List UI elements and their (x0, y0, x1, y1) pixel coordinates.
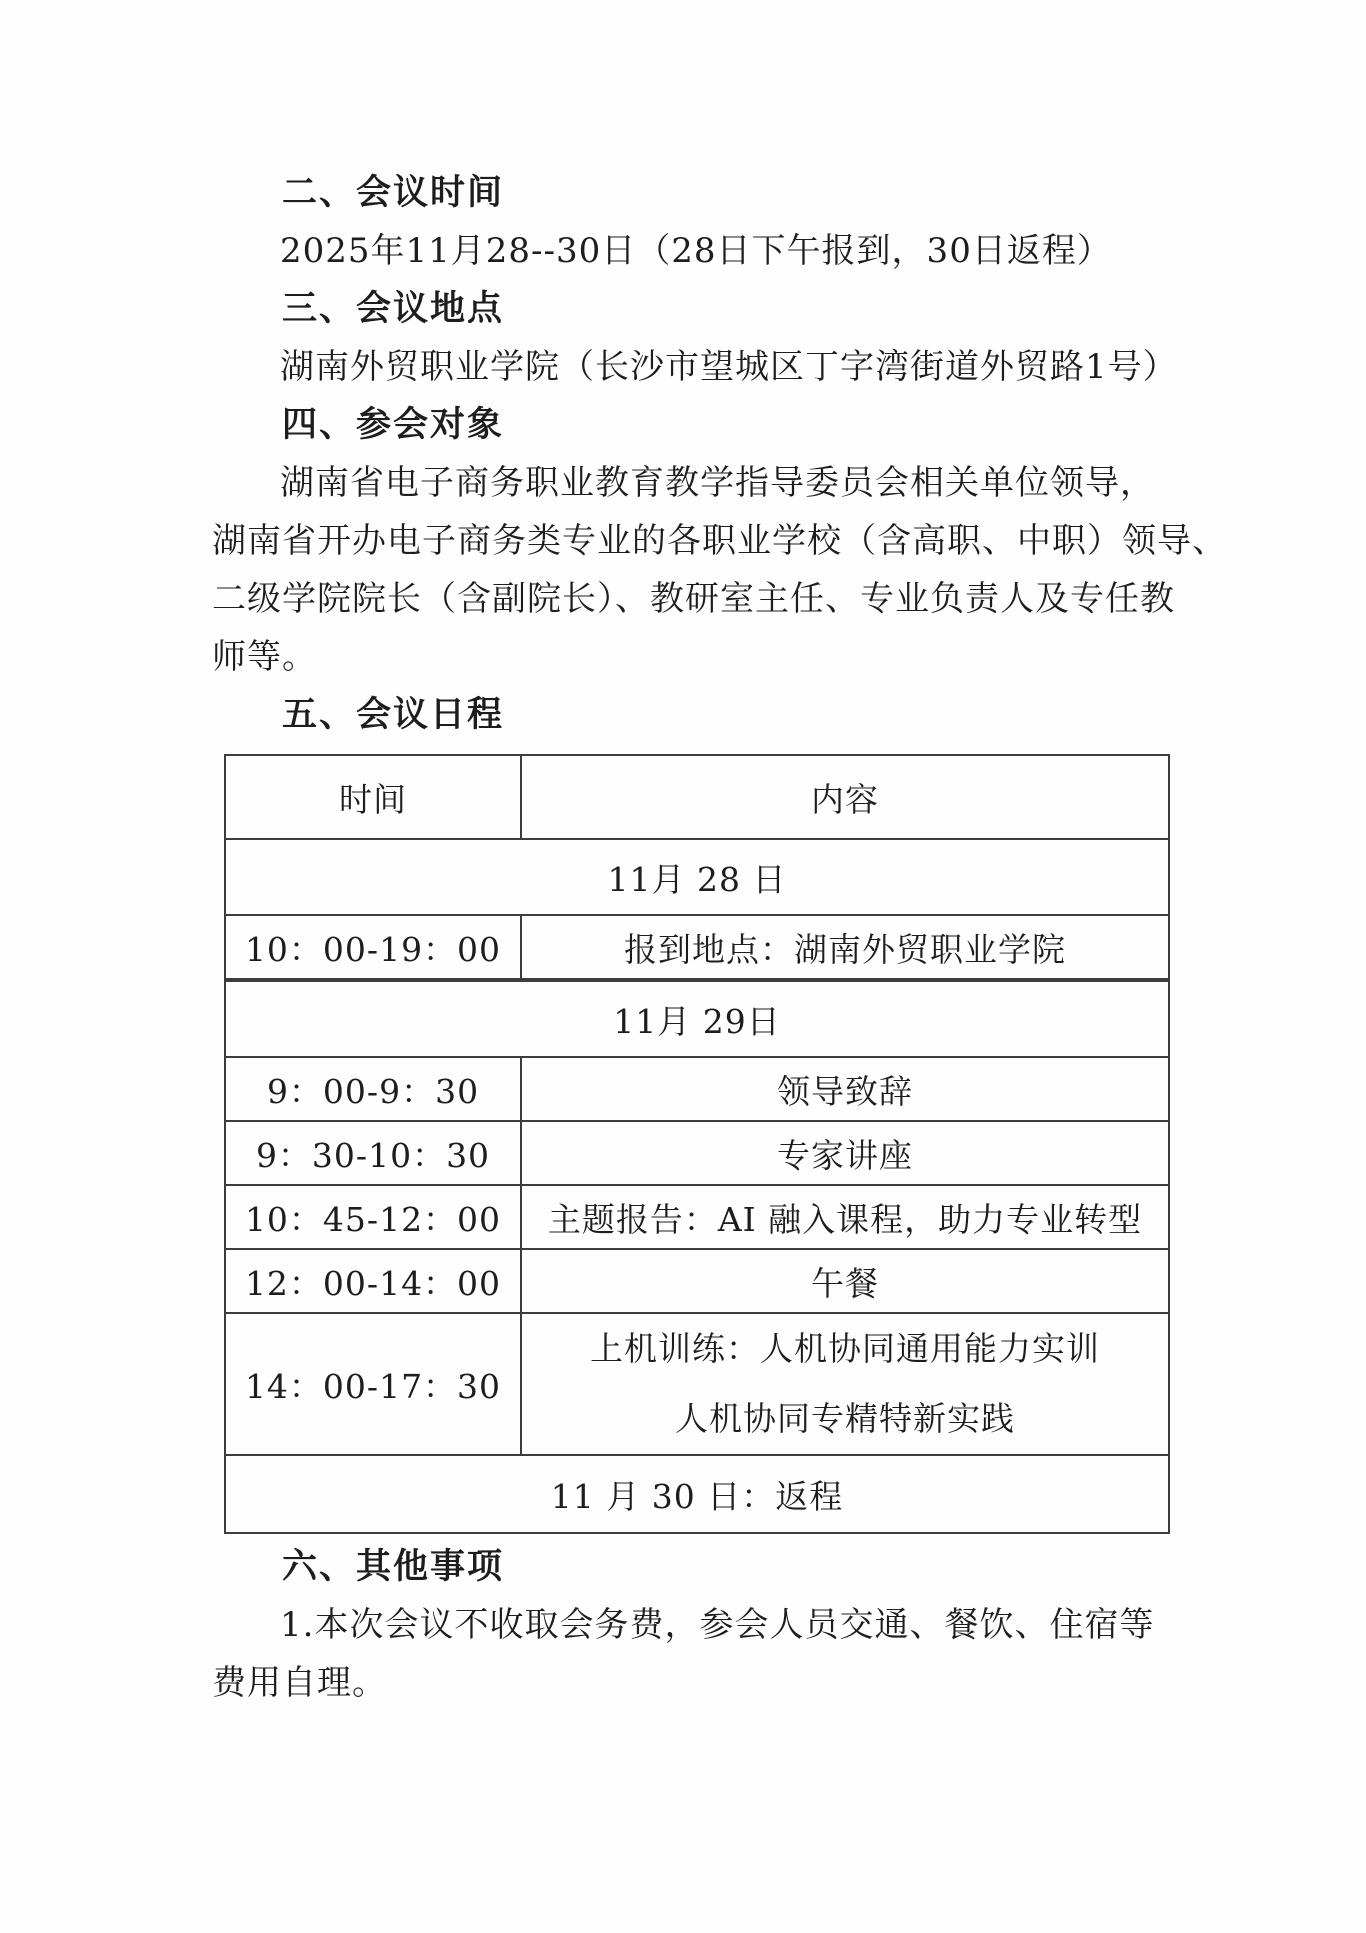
section-heading-meeting-time: 二、会议时间 (212, 164, 1166, 222)
other-matters-line-1: 1.本次会议不收取会务费，参会人员交通、餐饮、住宿等 (212, 1596, 1166, 1654)
participants-line-3: 二级学院院长（含副院长）、教研室主任、专业负责人及专任教 (212, 570, 1166, 628)
time-cell: 12：00-14：00 (225, 1249, 521, 1313)
time-cell: 10：45-12：00 (225, 1185, 521, 1249)
schedule-table: 时间 内容 11月 28 日 10：00-19：00 报到地点：湖南外贸职业学院… (224, 754, 1170, 1534)
content-cell: 专家讲座 (521, 1121, 1169, 1185)
date-cell: 11月 28 日 (225, 839, 1169, 915)
date-cell: 11月 29日 (225, 980, 1169, 1057)
participants-line-1: 湖南省电子商务职业教育教学指导委员会相关单位领导， (212, 454, 1166, 512)
section-heading-other-matters: 六、其他事项 (212, 1538, 1166, 1596)
table-row: 9：00-9：30 领导致辞 (225, 1057, 1169, 1121)
content-cell: 主题报告：AI 融入课程，助力专业转型 (521, 1185, 1169, 1249)
table-row-date-nov30: 11 月 30 日：返程 (225, 1455, 1169, 1533)
other-matters-line-2: 费用自理。 (212, 1654, 1166, 1712)
participants-line-4: 师等。 (212, 628, 1166, 686)
meeting-time-text: 2025年11月28--30日（28日下午报到，30日返程） (212, 222, 1166, 280)
section-heading-agenda: 五、会议日程 (212, 686, 1166, 744)
time-cell: 9：30-10：30 (225, 1121, 521, 1185)
section-heading-participants: 四、参会对象 (212, 396, 1166, 454)
table-row: 9：30-10：30 专家讲座 (225, 1121, 1169, 1185)
date-cell: 11 月 30 日：返程 (225, 1455, 1169, 1533)
training-line-1: 上机训练：人机协同通用能力实训 (522, 1314, 1168, 1384)
participants-line-2: 湖南省开办电子商务类专业的各职业学校（含高职、中职）领导、 (212, 512, 1166, 570)
document-page: 二、会议时间 2025年11月28--30日（28日下午报到，30日返程） 三、… (0, 0, 1366, 1933)
table-row: 10：45-12：00 主题报告：AI 融入课程，助力专业转型 (225, 1185, 1169, 1249)
content-cell: 上机训练：人机协同通用能力实训 人机协同专精特新实践 (521, 1313, 1169, 1455)
table-row-date-nov28: 11月 28 日 (225, 839, 1169, 915)
content-cell: 领导致辞 (521, 1057, 1169, 1121)
time-cell: 14：00-17：30 (225, 1313, 521, 1455)
time-cell: 10：00-19：00 (225, 915, 521, 980)
table-row: 10：00-19：00 报到地点：湖南外贸职业学院 (225, 915, 1169, 980)
table-row: 12：00-14：00 午餐 (225, 1249, 1169, 1313)
col-header-time: 时间 (225, 755, 521, 839)
section-heading-meeting-location: 三、会议地点 (212, 280, 1166, 338)
meeting-location-text: 湖南外贸职业学院（长沙市望城区丁字湾街道外贸路1号） (212, 338, 1166, 396)
col-header-content: 内容 (521, 755, 1169, 839)
content-cell: 午餐 (521, 1249, 1169, 1313)
time-cell: 9：00-9：30 (225, 1057, 521, 1121)
table-row-date-nov29: 11月 29日 (225, 980, 1169, 1057)
table-header-row: 时间 内容 (225, 755, 1169, 839)
content-cell: 报到地点：湖南外贸职业学院 (521, 915, 1169, 980)
table-row-training: 14：00-17：30 上机训练：人机协同通用能力实训 人机协同专精特新实践 (225, 1313, 1169, 1455)
training-line-2: 人机协同专精特新实践 (522, 1384, 1168, 1454)
document-content: 二、会议时间 2025年11月28--30日（28日下午报到，30日返程） 三、… (212, 164, 1166, 1712)
